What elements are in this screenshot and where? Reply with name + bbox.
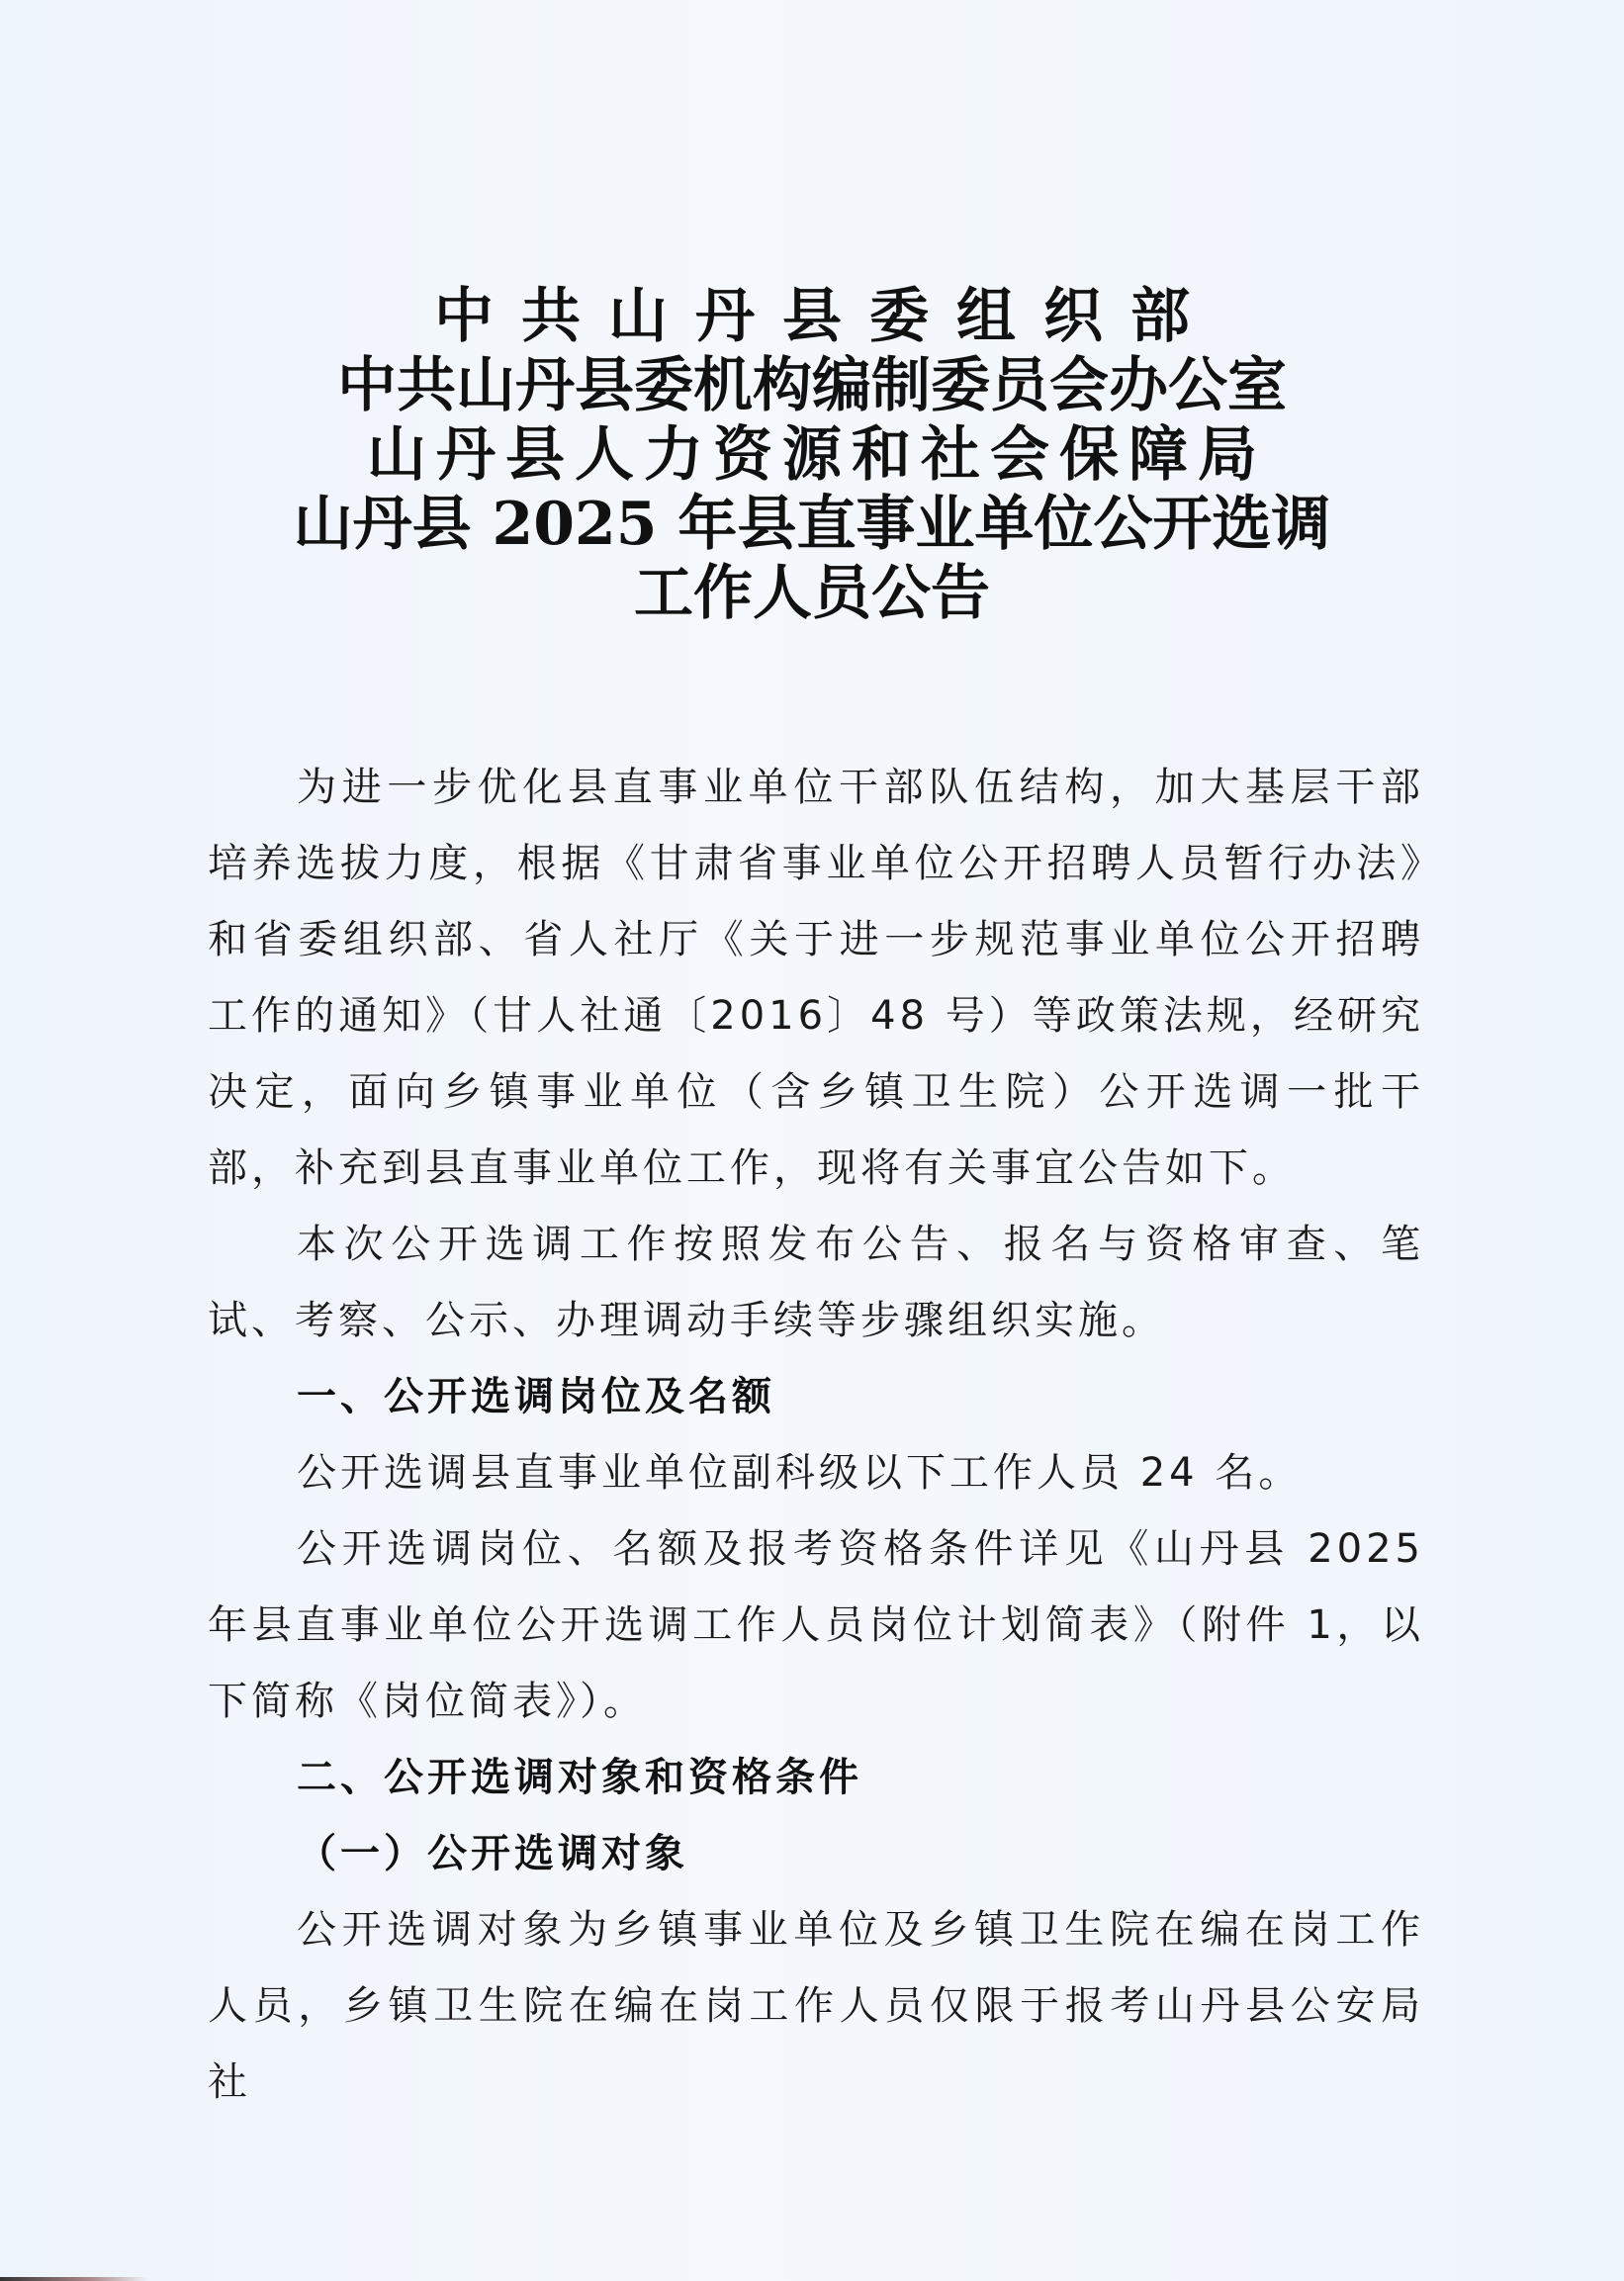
section-heading-eligibility: 二、公开选调对象和资格条件: [208, 1740, 1424, 1816]
subsection-heading-targets: （一）公开选调对象: [208, 1816, 1424, 1892]
issuer-hr-bureau: 山丹县人力资源和社会保障局: [0, 420, 1624, 490]
issuer-staffing-office: 中共山丹县委机构编制委员会办公室: [0, 351, 1624, 420]
document-title-line-2: 工作人员公告: [0, 559, 1624, 628]
scan-edge-artifact: [0, 2277, 148, 2281]
positions-detail-paragraph: 公开选调岗位、名额及报考资格条件详见《山丹县 2025 年县直事业单位公开选调工…: [208, 1511, 1424, 1740]
intro-paragraph: 为进一步优化县直事业单位干部队伍结构，加大基层干部培养选拔力度，根据《甘肃省事业…: [208, 750, 1424, 1207]
targets-paragraph: 公开选调对象为乡镇事业单位及乡镇卫生院在编在岗工作人员，乡镇卫生院在编在岗工作人…: [208, 1892, 1424, 2121]
issuer-organization-department: 中共山丹县委组织部: [0, 282, 1624, 351]
document-title-line-1: 山丹县 2025 年县直事业单位公开选调: [0, 490, 1624, 559]
process-paragraph: 本次公开选调工作按照发布公告、报名与资格审查、笔试、考察、公示、办理调动手续等步…: [208, 1207, 1424, 1359]
document-body: 为进一步优化县直事业单位干部队伍结构，加大基层干部培养选拔力度，根据《甘肃省事业…: [208, 750, 1424, 2121]
positions-count-paragraph: 公开选调县直事业单位副科级以下工作人员 24 名。: [208, 1435, 1424, 1511]
document-header: 中共山丹县委组织部 中共山丹县委机构编制委员会办公室 山丹县人力资源和社会保障局…: [0, 282, 1624, 628]
document-page: 中共山丹县委组织部 中共山丹县委机构编制委员会办公室 山丹县人力资源和社会保障局…: [0, 0, 1624, 2281]
section-heading-positions: 一、公开选调岗位及名额: [208, 1359, 1424, 1435]
